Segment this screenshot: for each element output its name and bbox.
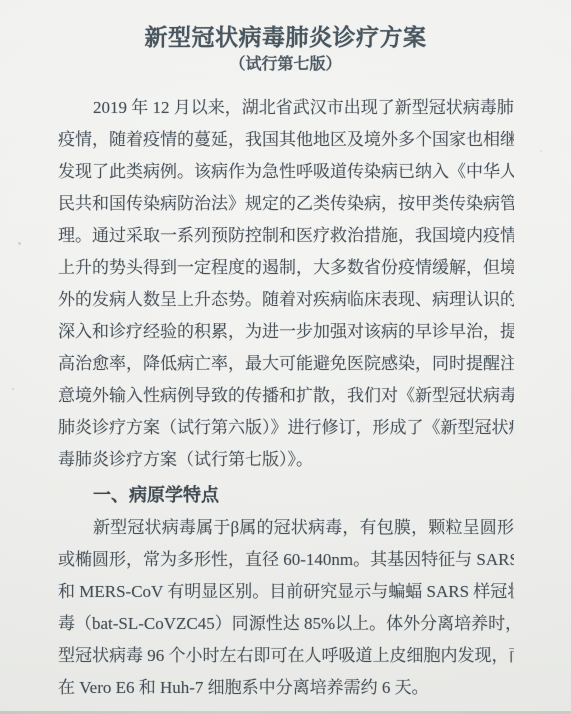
text-line: 毒（bat-SL-CoVZC45）同源性达 85%以上。体外分离培养时，新 bbox=[58, 608, 514, 640]
text-line: 意境外输入性病例导致的传播和扩散，我们对《新型冠状病毒 bbox=[58, 380, 514, 412]
text-line: 或椭圆形，常为多形性，直径 60-140nm。其基因特征与 SARS-CoV bbox=[58, 544, 514, 576]
document-title: 新型冠状病毒肺炎诊疗方案 bbox=[0, 0, 571, 54]
section-heading: 一、病原学特点 bbox=[58, 479, 514, 511]
text-line: 肺炎诊疗方案（试行第六版）》进行修订，形成了《新型冠状病 bbox=[58, 412, 514, 444]
scan-speckle bbox=[540, 150, 542, 152]
text-line: 和 MERS-CoV 有明显区别。目前研究显示与蝙蝠 SARS 样冠状病 bbox=[58, 576, 514, 608]
text-line: 发现了此类病例。该病作为急性呼吸道传染病已纳入《中华人 bbox=[58, 156, 514, 188]
text-line: 高治愈率，降低病亡率，最大可能避免医院感染，同时提醒注 bbox=[58, 348, 514, 380]
scan-speckle bbox=[18, 242, 21, 245]
text-line: 疫情，随着疫情的蔓延，我国其他地区及境外多个国家也相继 bbox=[58, 124, 514, 156]
document-subtitle: （试行第七版） bbox=[0, 54, 571, 76]
scan-speckle bbox=[12, 388, 14, 390]
document-body: 2019 年 12 月以来，湖北省武汉市出现了新型冠状病毒肺炎疫情，随着疫情的蔓… bbox=[58, 92, 514, 704]
document-page: 新型冠状病毒肺炎诊疗方案 （试行第七版） 2019 年 12 月以来，湖北省武汉… bbox=[0, 0, 571, 714]
text-line: 深入和诊疗经验的积累，为进一步加强对该病的早诊早治，提 bbox=[58, 316, 514, 348]
text-line: 理。通过采取一系列预防控制和医疗救治措施，我国境内疫情 bbox=[58, 220, 514, 252]
text-line: 2019 年 12 月以来，湖北省武汉市出现了新型冠状病毒肺炎 bbox=[58, 92, 514, 124]
text-line: 新型冠状病毒属于β属的冠状病毒，有包膜，颗粒呈圆形 bbox=[58, 512, 514, 544]
text-line: 民共和国传染病防治法》规定的乙类传染病，按甲类传染病管 bbox=[58, 188, 514, 220]
text-line: 在 Vero E6 和 Huh-7 细胞系中分离培养需约 6 天。 bbox=[58, 672, 514, 704]
text-line: 型冠状病毒 96 个小时左右即可在人呼吸道上皮细胞内发现，而 bbox=[58, 640, 514, 672]
text-line: 毒肺炎诊疗方案（试行第七版）》。 bbox=[58, 444, 514, 476]
text-line: 外的发病人数呈上升态势。随着对疾病临床表现、病理认识的 bbox=[58, 284, 514, 316]
text-line: 上升的势头得到一定程度的遏制，大多数省份疫情缓解，但境 bbox=[58, 252, 514, 284]
